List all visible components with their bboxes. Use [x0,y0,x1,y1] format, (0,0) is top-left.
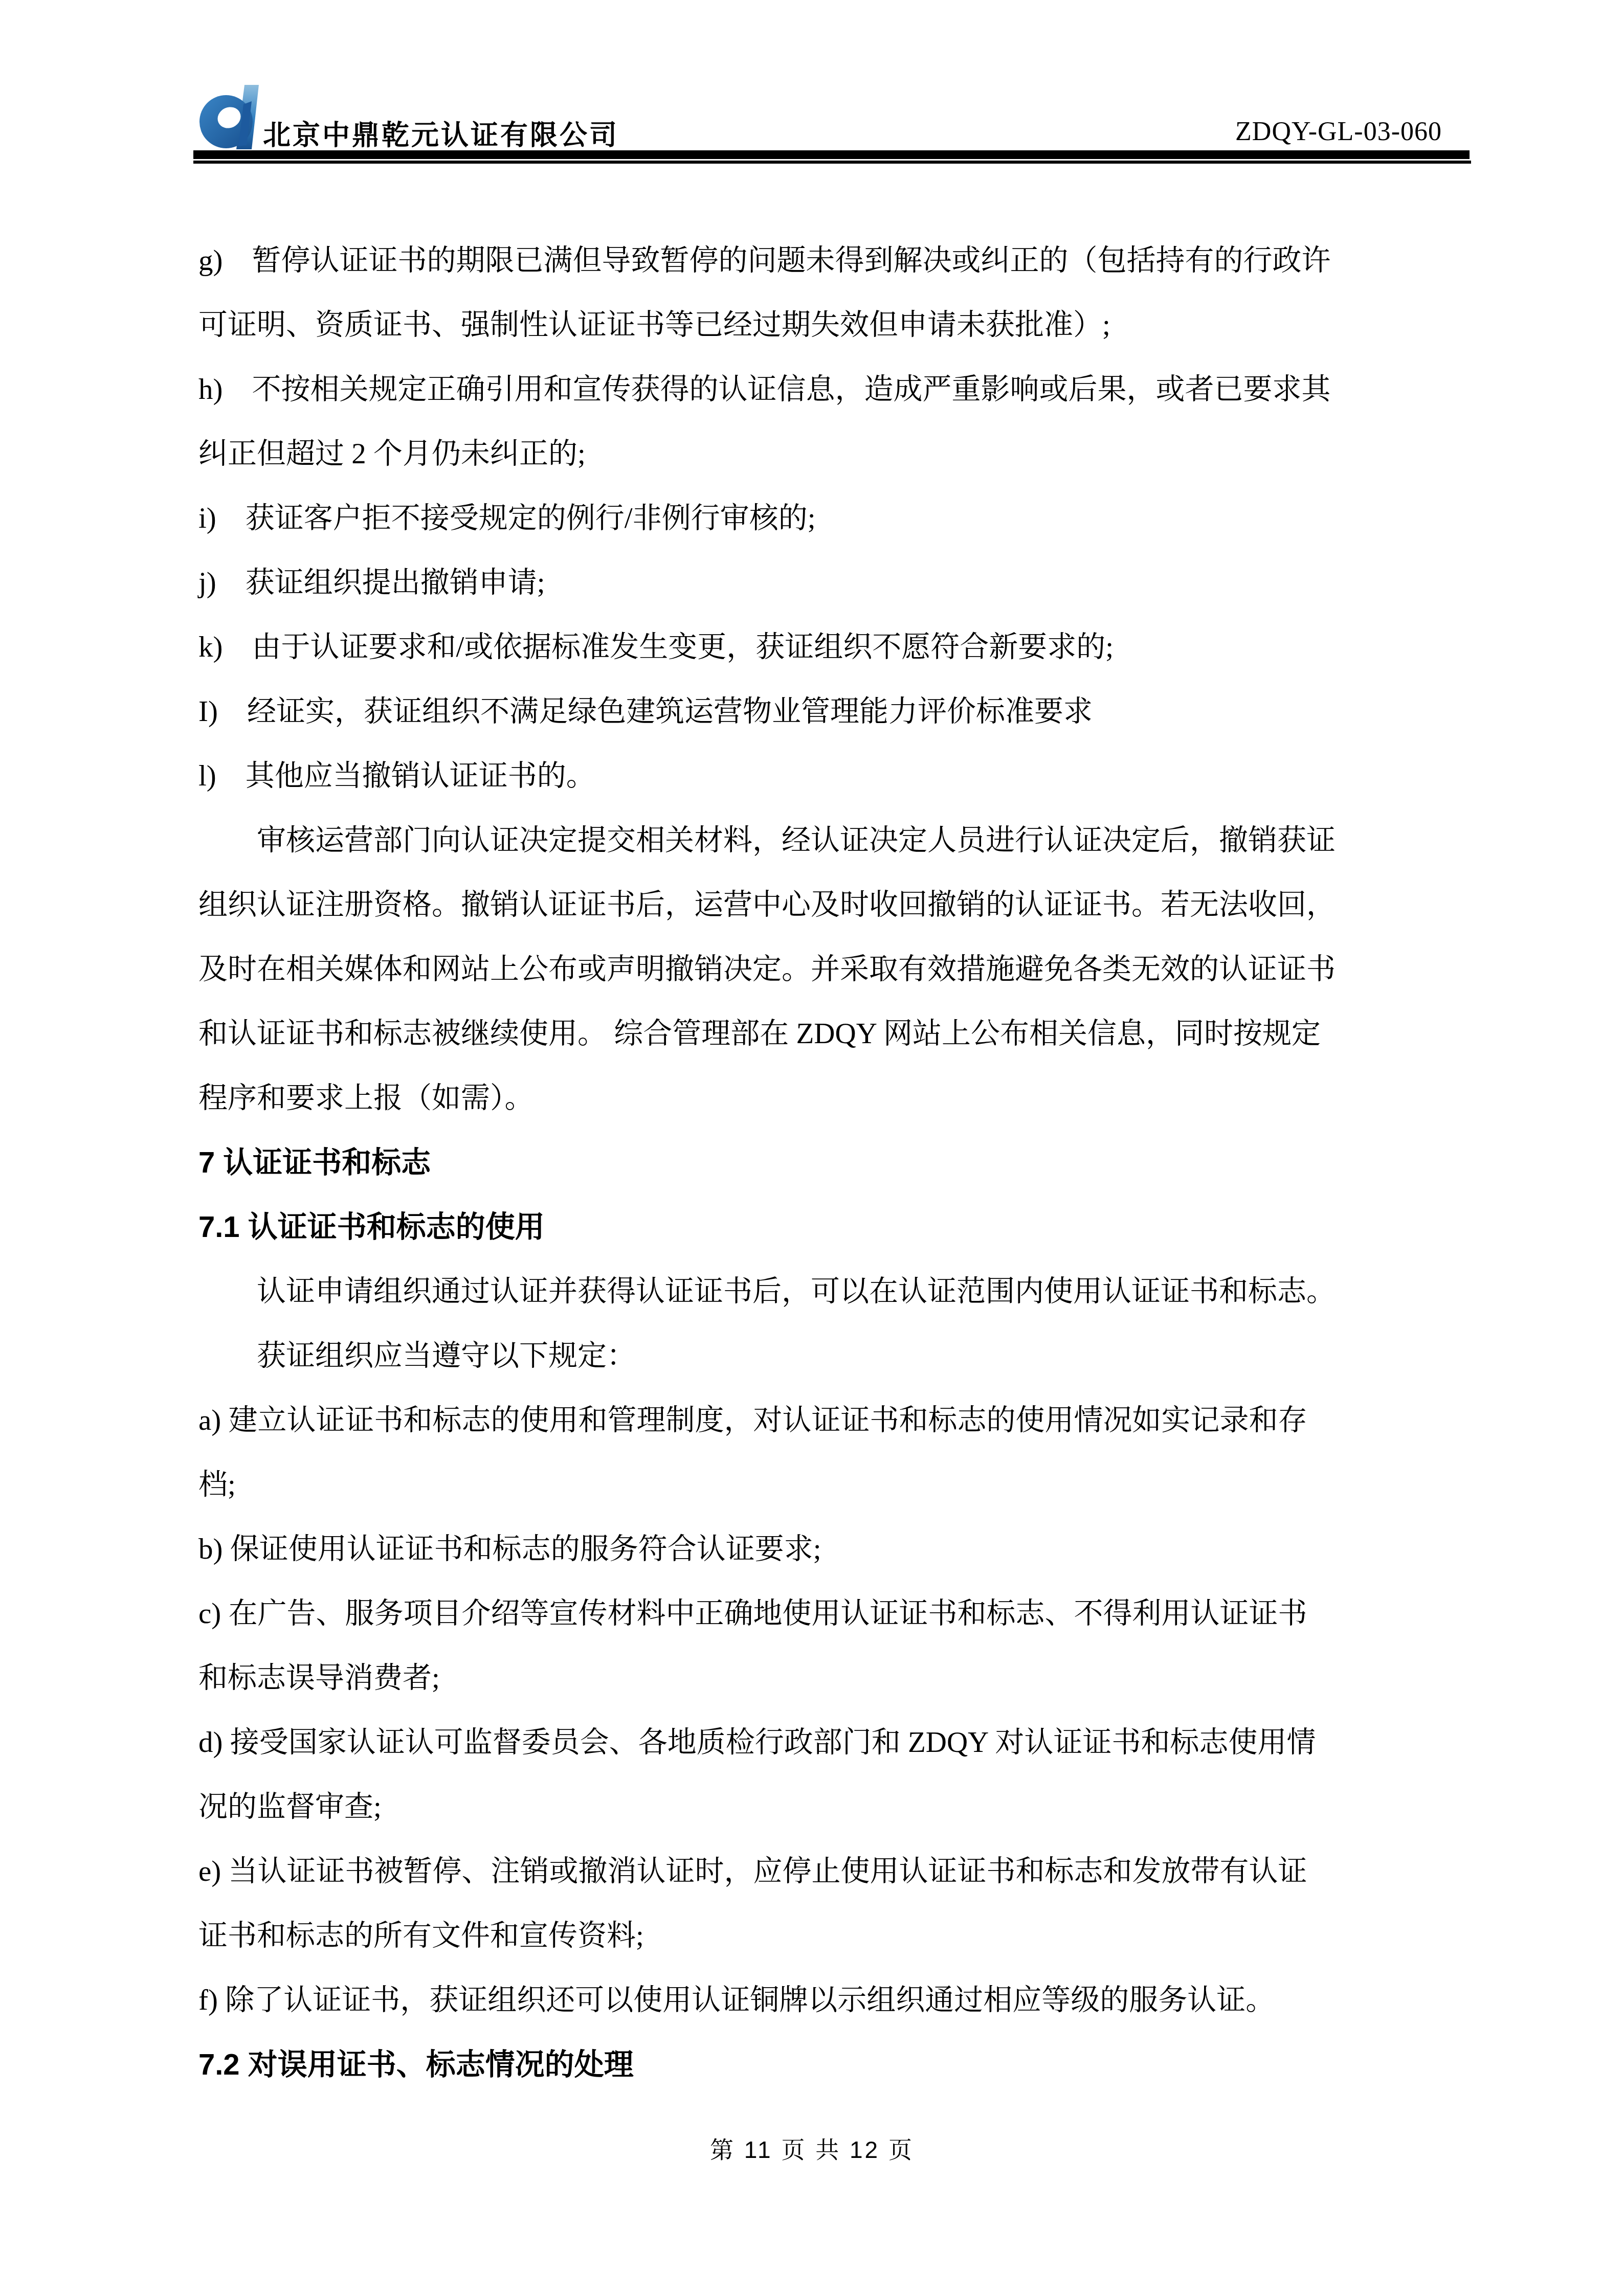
section-heading: 7.2 对误用证书、标志情况的处理 [198,2033,1457,2097]
document-page: 北京中鼎乾元认证有限公司 ZDQY-GL-03-060 g) 暂停认证证书的期限… [0,0,1624,2296]
text-line: a) 建立认证证书和标志的使用和管理制度，对认证证书和标志的使用情况如实记录和存 [198,1388,1457,1453]
page-number-footer: 第 11 页 共 12 页 [0,2131,1624,2165]
text-line: 获证组织应当遵守以下规定： [198,1324,1457,1388]
section-heading: 7 认证证书和标志 [198,1131,1457,1195]
text-line: 审核运营部门向认证决定提交相关材料，经认证决定人员进行认证决定后，撤销获证 [198,808,1457,873]
text-line: i) 获证客户拒不接受规定的例行/非例行审核的; [198,486,1457,551]
text-line: 况的监督审查; [198,1775,1457,1839]
text-line: 档; [198,1453,1457,1517]
document-code: ZDQY-GL-03-060 [1235,117,1442,147]
header-rule-thick [193,150,1470,159]
text-line: b) 保证使用认证证书和标志的服务符合认证要求; [198,1517,1457,1582]
text-line: g) 暂停认证证书的期限已满但导致暂停的问题未得到解决或纠正的（包括持有的行政许 [198,229,1457,293]
section-heading: 7.1 认证证书和标志的使用 [198,1195,1457,1259]
company-logo-icon [199,84,262,150]
text-line: j) 获证组织提出撤销申请; [198,551,1457,615]
text-line: 纠正但超过 2 个月仍未纠正的; [198,422,1457,486]
text-line: d) 接受国家认证认可监督委员会、各地质检行政部门和 ZDQY 对认证证书和标志… [198,1710,1457,1775]
company-name: 北京中鼎乾元认证有限公司 [263,114,619,153]
text-line: 和认证证书和标志被继续使用。 综合管理部在 ZDQY 网站上公布相关信息，同时按… [198,1002,1457,1066]
text-line: 程序和要求上报（如需）。 [198,1066,1457,1131]
header-rule-thin [193,161,1471,164]
text-line: h) 不按相关规定正确引用和宣传获得的认证信息，造成严重影响或后果，或者已要求其 [198,357,1457,422]
text-line: I) 经证实，获证组织不满足绿色建筑运营物业管理能力评价标准要求 [198,680,1457,744]
text-line: 认证申请组织通过认证并获得认证证书后，可以在认证范围内使用认证证书和标志。 [198,1259,1457,1324]
text-line: 和标志误导消费者; [198,1646,1457,1710]
text-line: 证书和标志的所有文件和宣传资料; [198,1904,1457,1968]
text-line: k) 由于认证要求和/或依据标准发生变更，获证组织不愿符合新要求的; [198,615,1457,680]
text-line: 可证明、资质证书、强制性认证证书等已经过期失效但申请未获批准）; [198,293,1457,357]
text-line: f) 除了认证证书，获证组织还可以使用认证铜牌以示组织通过相应等级的服务认证。 [198,1968,1457,2033]
document-body: g) 暂停认证证书的期限已满但导致暂停的问题未得到解决或纠正的（包括持有的行政许… [198,229,1457,2097]
text-line: 组织认证注册资格。撤销认证证书后，运营中心及时收回撤销的认证证书。若无法收回， [198,873,1457,937]
text-line: e) 当认证证书被暂停、注销或撤消认证时，应停止使用认证证书和标志和发放带有认证 [198,1839,1457,1904]
text-line: 及时在相关媒体和网站上公布或声明撤销决定。并采取有效措施避免各类无效的认证证书 [198,937,1457,1002]
text-line: l) 其他应当撤销认证证书的。 [198,744,1457,808]
text-line: c) 在广告、服务项目介绍等宣传材料中正确地使用认证证书和标志、不得利用认证证书 [198,1582,1457,1646]
